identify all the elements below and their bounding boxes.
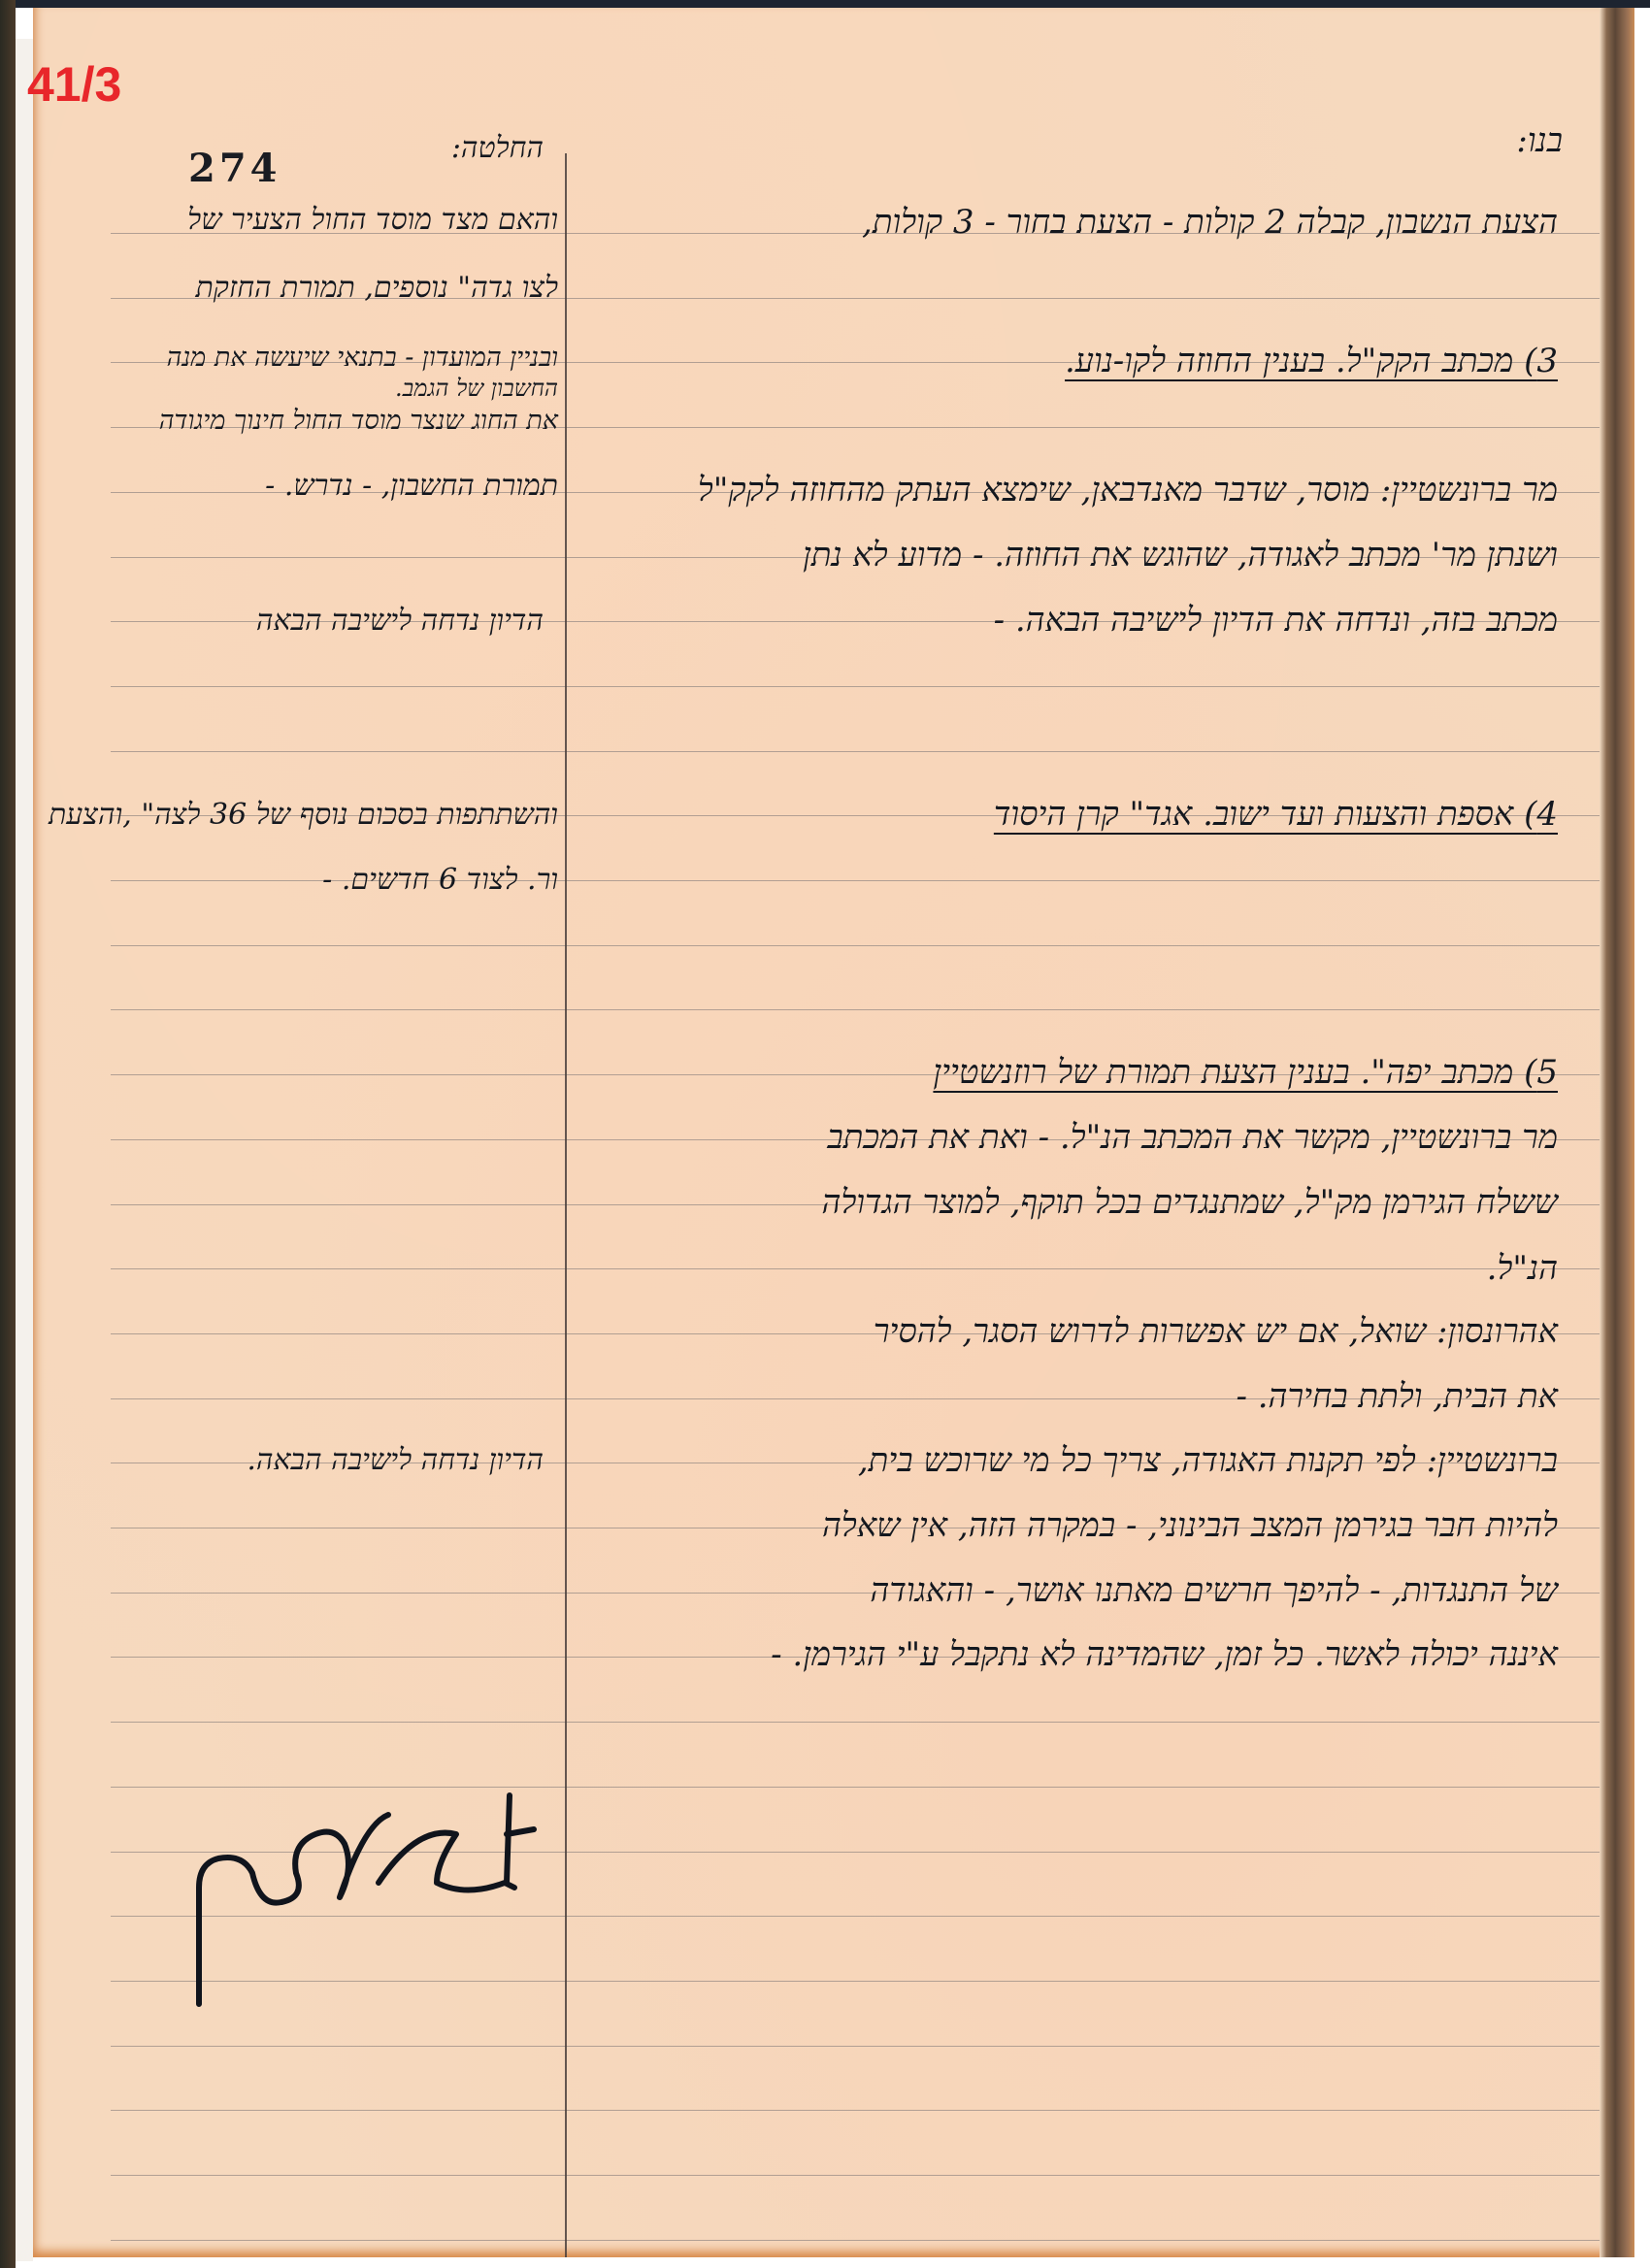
minutes-line: ברונשטיין: לפי תקנות האגודה, צריך כל מי … <box>858 1444 1558 1477</box>
left-entry: את החוג שנצר מוסד החול חינוך מיגודה <box>159 408 558 434</box>
column-divider <box>565 153 567 2257</box>
left-entry: והשתתפות בסכום נוסף של 36 לצה" ,והצעת <box>49 801 558 830</box>
ruled-line <box>111 2175 1600 2176</box>
minutes-line: מר ברונשטיין: מוסר, שדבר מאנדבאן, שימצא … <box>698 474 1558 507</box>
ruled-line <box>111 751 1600 752</box>
left-entry: לצו גדה" נוספים, תמורת החזקת <box>195 274 558 303</box>
minutes-line: הצעת הנשבון, קבלה 2 קולות - הצעת בחור - … <box>862 206 1558 239</box>
minutes-line: ששלח הגירמן מק"ל, שמתנגדים בכל תוקף, למו… <box>822 1186 1558 1219</box>
signature <box>146 1718 553 2009</box>
left-entry: והאם מצד מוסד החול הצעיר של <box>187 206 558 235</box>
left-entry: ובניין המועדון - בתנאי שיעשה את מנה <box>167 345 558 371</box>
agenda-item-4: 4) אספת והצעות ועד ישוב. אגד" קרן היסוד <box>994 798 1558 831</box>
minutes-line: מר ברונשטיין, מקשר את המכתב הנ"ל. - ואת … <box>827 1121 1558 1154</box>
left-column-header: החלטה: <box>451 134 544 163</box>
ruled-line <box>111 686 1600 687</box>
ruled-line <box>111 1009 1600 1010</box>
ruled-line <box>111 2110 1600 2111</box>
ruled-line <box>111 2046 1600 2047</box>
left-entry: הדיון נדחה לישיבה הבאה. <box>247 1446 544 1475</box>
minutes-line: של התנגדות, - להיפך חרשים מאתנו אושר, - … <box>870 1574 1558 1607</box>
ruled-line <box>111 1268 1600 1269</box>
left-entry: החשבון של הגמב. <box>395 377 558 400</box>
minutes-line: את הבית, ולתת בחירה. - <box>1236 1380 1558 1413</box>
minutes-line: מכתב בזה, ונדחה את הדיון לישיבה הבאה. - <box>994 604 1558 637</box>
scan-left-edge <box>0 0 16 2268</box>
ruled-line <box>111 2240 1600 2241</box>
minutes-line: ושנתן מר' מכתב לאגודה, שהוגש את החוזה. -… <box>803 539 1558 572</box>
agenda-item-5: 5) מכתב יפה". בענין הצעת תמורת של רוזנשט… <box>933 1056 1558 1089</box>
left-entry: תמורת החשבון, - נדרש. - <box>265 472 558 501</box>
left-entry: ור. לצוד 6 חדשים. - <box>322 866 558 895</box>
archive-label: 41/3 <box>27 56 121 113</box>
minutes-line: להיות חבר בגירמן המצב הבינוני, - במקרה ה… <box>822 1509 1558 1542</box>
scan-margin-strip <box>16 39 33 2261</box>
minutes-line: הנ"ל. <box>1487 1252 1558 1285</box>
scan-top-edge <box>0 0 1650 8</box>
agenda-item-3: 3) מכתב הקק"ל. בענין החוזה לקו-נוע. <box>1065 345 1558 378</box>
minutes-line: איננה יכולה לאשר. כל זמן, שהמדינה לא נתק… <box>771 1638 1558 1671</box>
page-number: 274 <box>188 146 281 191</box>
right-column-header: בנו: <box>1516 124 1563 157</box>
page-binding-shadow <box>1600 8 1634 2257</box>
minutes-line: אהרונסון: שואל, אם יש אפשרות לדרוש הסגר,… <box>874 1315 1558 1348</box>
left-entry: הדיון נדחה לישיבה הבאה <box>256 607 544 636</box>
ruled-line <box>111 945 1600 946</box>
